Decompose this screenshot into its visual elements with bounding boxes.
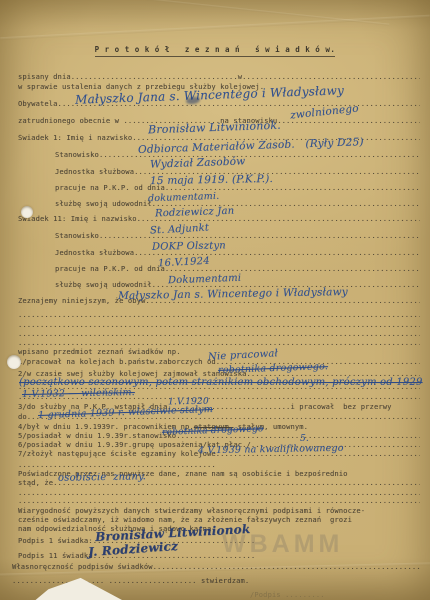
- typed-line: ........................................…: [18, 489, 420, 497]
- typed-text: ........................................…: [18, 330, 420, 338]
- typed-line: ........................................…: [18, 321, 420, 329]
- typed-text: ..................... ..................…: [12, 577, 249, 585]
- punch-hole: [21, 206, 33, 218]
- typed-text: pracuje na P.K.P. od dnia...............…: [55, 265, 420, 273]
- handwritten-entry: DOKP Olsztyn: [152, 241, 226, 252]
- typed-text: ........................................…: [18, 339, 420, 347]
- typed-text: ........................................…: [18, 461, 216, 469]
- typed-line: Jednostka służbowa......................…: [55, 249, 420, 257]
- typed-text: służbę swoją udowodnił..................…: [55, 200, 420, 208]
- typed-line: Podpis 1 świadka:.......................…: [18, 537, 420, 545]
- typed-line: /Podpis .........: [250, 591, 420, 599]
- handwritten-entry: 4.V.1939 na kwalifikowanego: [198, 444, 344, 456]
- archive-watermark: WBAMM: [222, 530, 343, 559]
- handwritten-entry: osobiście znany.: [58, 472, 146, 484]
- typed-line: ........................................…: [18, 330, 420, 338]
- typed-line: Stanowisko..............................…: [55, 232, 420, 240]
- typed-text: spisany dnia............................…: [18, 73, 420, 81]
- punch-hole: [7, 355, 21, 369]
- typed-line: Własnoręczność podpisów świadków........…: [12, 563, 420, 571]
- typed-text: ........................................…: [18, 489, 420, 497]
- typed-text: Własnoręczność podpisów świadków........…: [12, 563, 420, 571]
- typed-line: Wiarygodność powyższych danych stwierdza…: [18, 507, 420, 515]
- typed-text: cześnie oświadczamy, iż wiadomo nam, że …: [18, 516, 352, 524]
- typed-text: ........................................…: [18, 321, 420, 329]
- handwritten-entry: (początkowo sezonowym, potem strażnikiem…: [19, 378, 423, 388]
- handwritten-entry: 15 maja 1919. (P.K.P.).: [150, 174, 273, 187]
- handwritten-entry: dokumentami.: [148, 192, 220, 204]
- typed-line: Podpis 11 świadka:......................…: [18, 552, 420, 560]
- typed-line: ........................................…: [18, 497, 420, 505]
- handwritten-entry: 1.V.1932 — wileńskim.: [22, 388, 135, 399]
- typed-text: /Podpis .........: [250, 591, 325, 599]
- typed-line: ........................................…: [18, 339, 420, 347]
- document-title: P r o t o k ó ł z e z n a ń ś w i a d k …: [0, 45, 430, 54]
- typed-text: ........................................…: [18, 311, 420, 319]
- typed-text: Wiarygodność powyższych danych stwierdza…: [18, 507, 365, 515]
- typed-line: służbę swoją udowodnił..................…: [55, 200, 420, 208]
- typed-line: spisany dnia............................…: [18, 73, 420, 81]
- typed-line: ........................................…: [18, 311, 420, 319]
- typed-text: Jednostka służbowa......................…: [55, 249, 420, 257]
- typed-line: pracuje na P.K.P. od dnia...............…: [55, 265, 420, 273]
- typed-text: ........................................…: [18, 497, 420, 505]
- typed-line: ........................................…: [18, 461, 420, 469]
- typed-text: wpisano przedmiot zeznań świadków np.: [18, 348, 181, 356]
- typed-text: Stanowisko..............................…: [55, 232, 420, 240]
